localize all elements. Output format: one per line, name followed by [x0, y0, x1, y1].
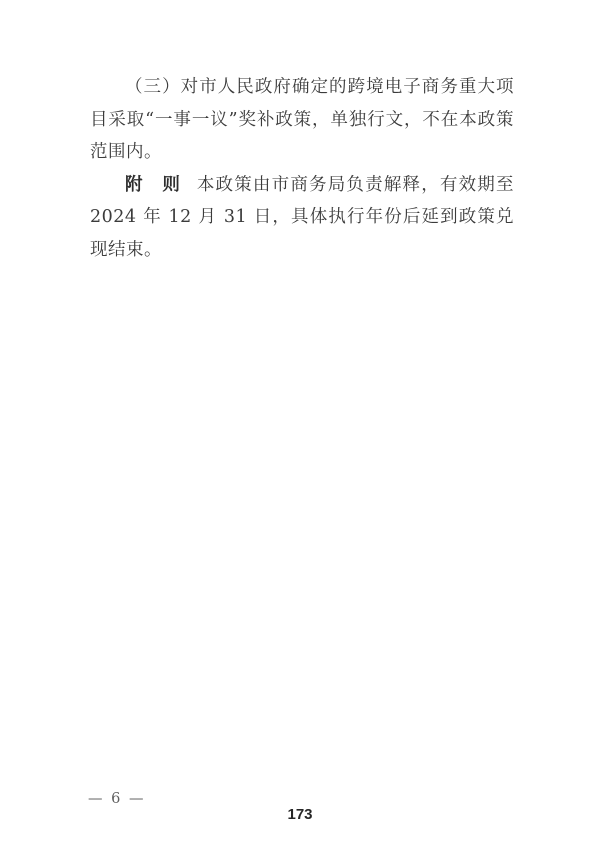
- paragraph-clause-three: （三）对市人民政府确定的跨境电子商务重大项目采取“一事一议”奖补政策，单独行文，…: [90, 71, 514, 169]
- paragraph-supplementary-provision: 附 则本政策由市商务局负责解释，有效期至 2024 年 12 月 31 日，具体…: [90, 169, 514, 267]
- paragraph-text: （三）对市人民政府确定的跨境电子商务重大项目采取“一事一议”奖补政策，单独行文，…: [90, 77, 514, 162]
- paragraph-lead-text: 附 则: [125, 175, 181, 195]
- page-number: 173: [0, 806, 600, 823]
- footer-page-label: — 6 —: [88, 791, 145, 807]
- document-page: （三）对市人民政府确定的跨境电子商务重大项目采取“一事一议”奖补政策，单独行文，…: [0, 0, 600, 848]
- document-body: （三）对市人民政府确定的跨境电子商务重大项目采取“一事一议”奖补政策，单独行文，…: [90, 71, 514, 267]
